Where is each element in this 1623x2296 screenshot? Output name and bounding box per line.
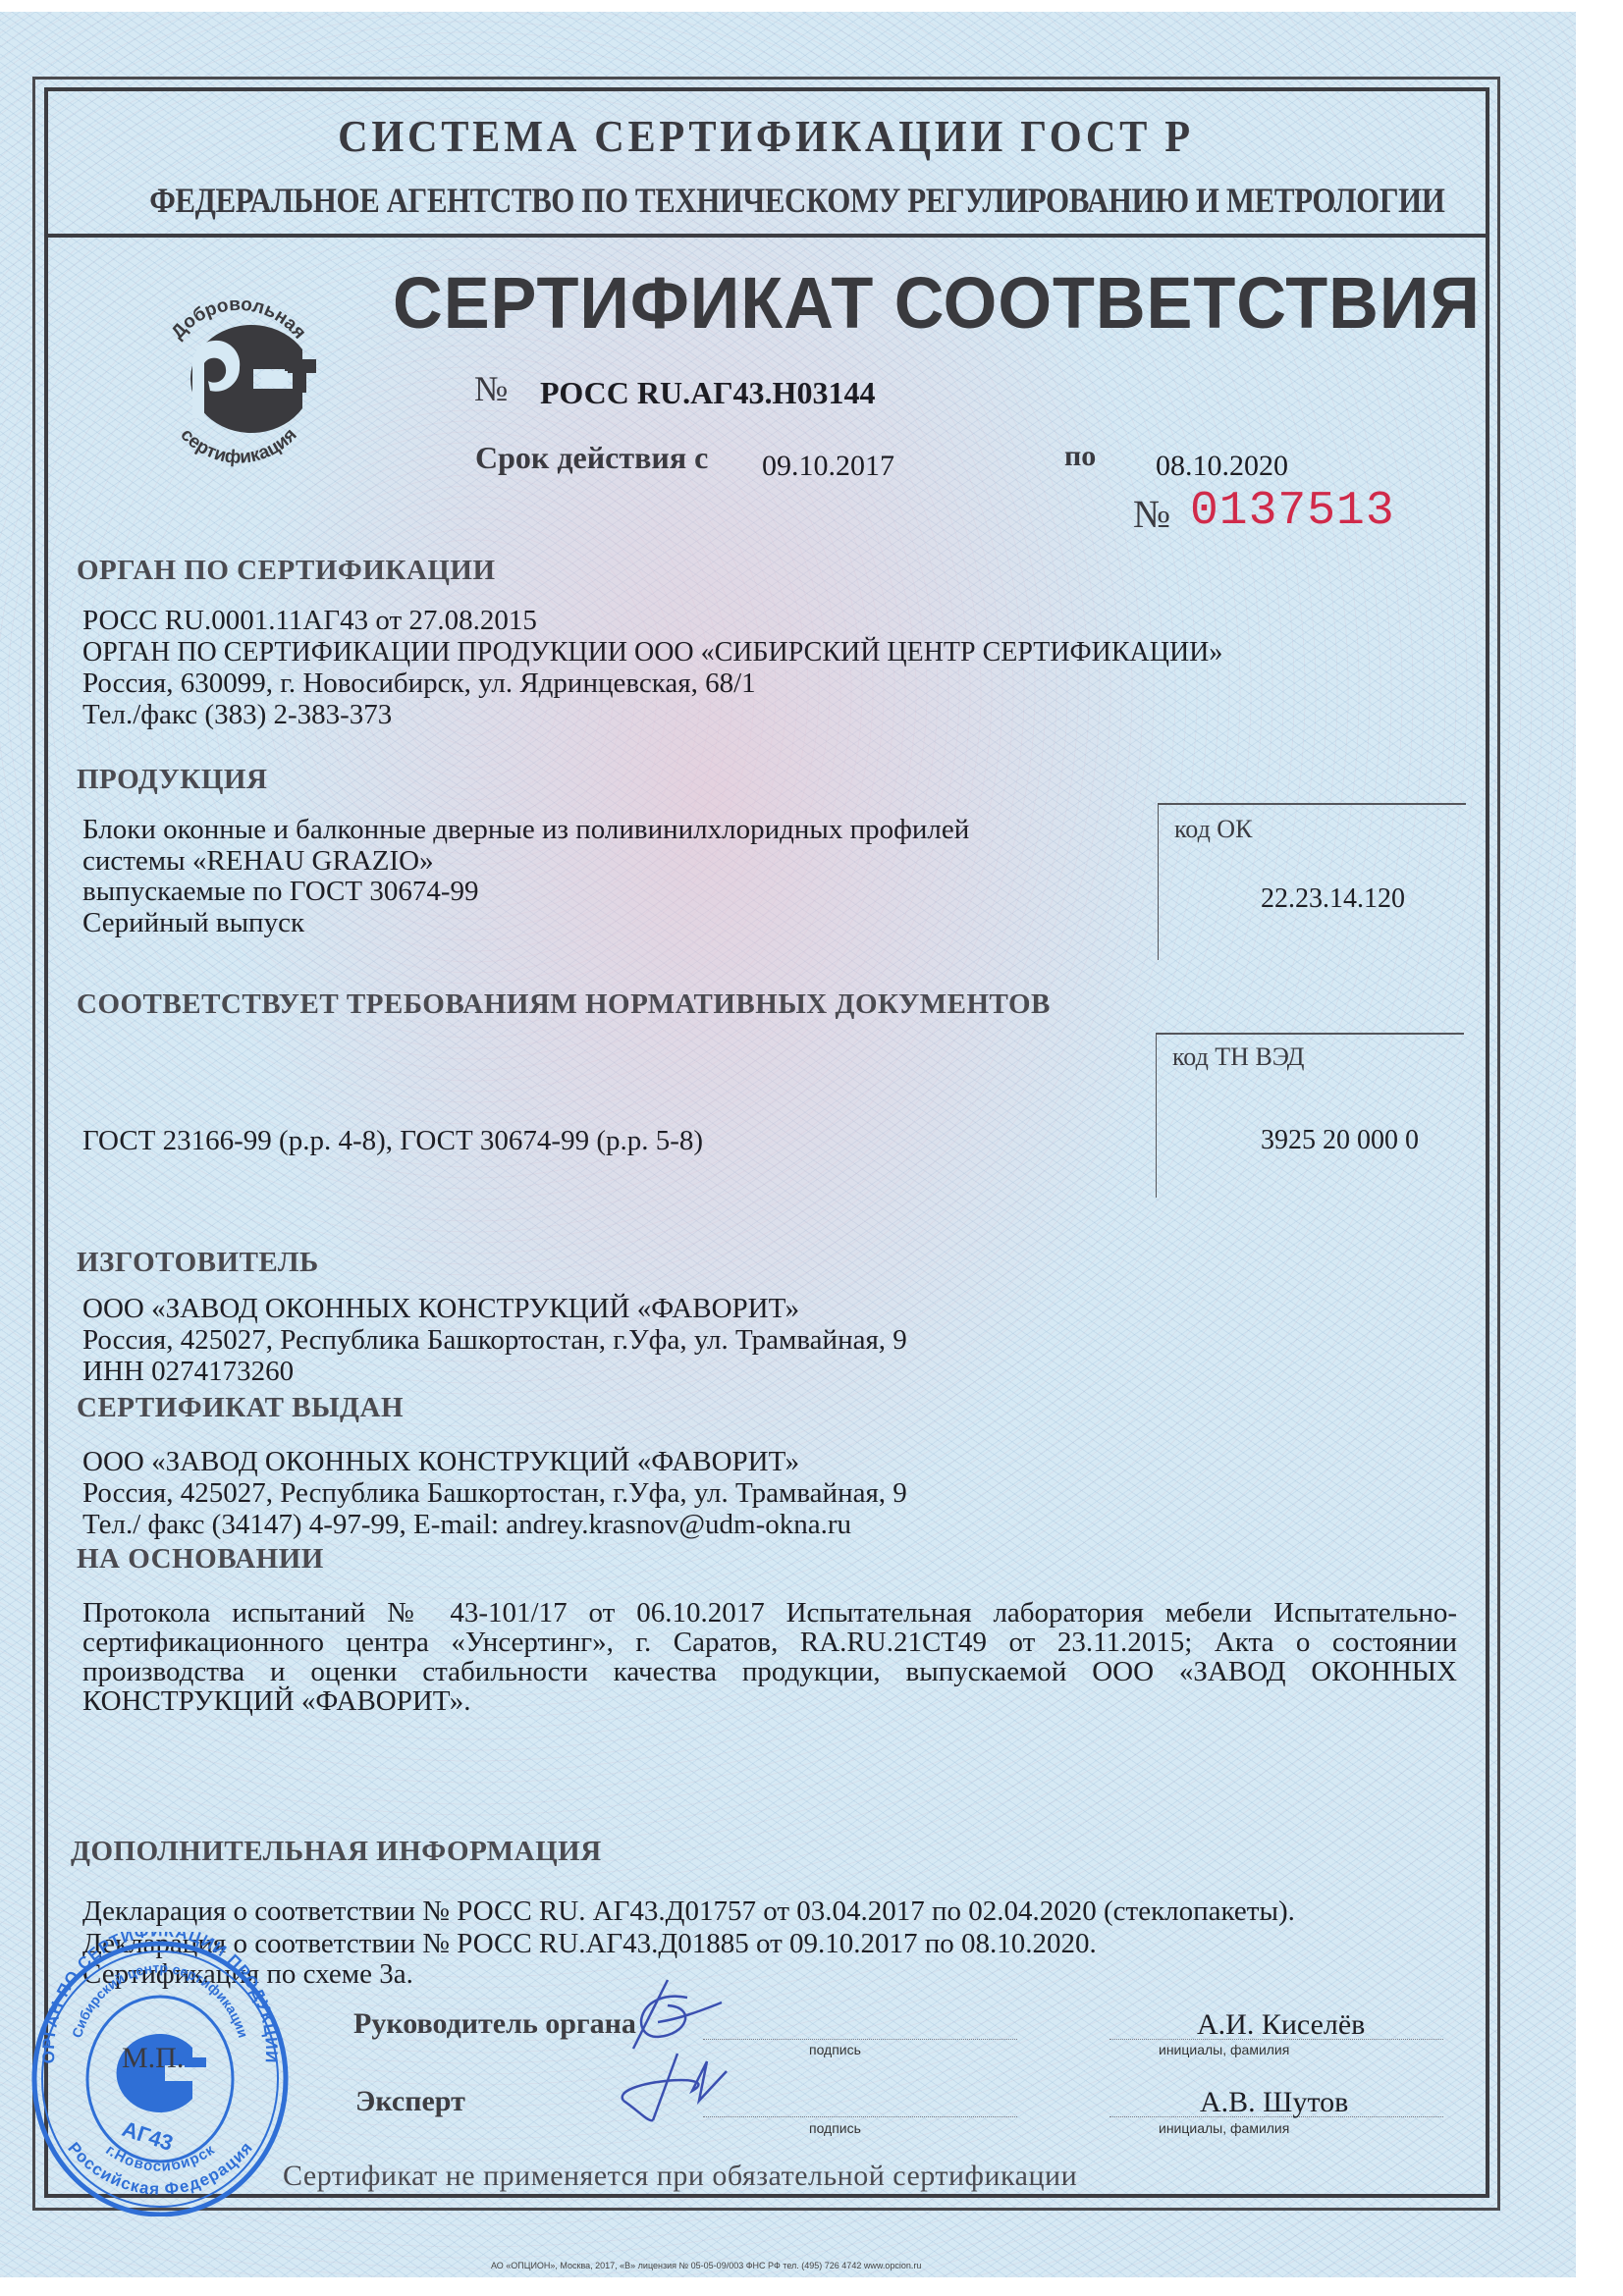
certificate-number-label: № xyxy=(474,368,508,409)
voluntary-certification-note: Сертификат не применяется при обязательн… xyxy=(283,2160,1077,2193)
additional-info-line: Декларация о соответствии № РОСС RU. АГ4… xyxy=(82,1896,1295,1926)
issued-to-line: ООО «ЗАВОД ОКОННЫХ КОНСТРУКЦИЙ «ФАВОРИТ» xyxy=(82,1447,799,1476)
basis-text: Протокола испытаний № 43-101/17 от 06.10… xyxy=(82,1598,1457,1716)
product-line: выпускаемые по ГОСТ 30674-99 xyxy=(82,877,479,906)
compliance-heading: СООТВЕТСТВУЕТ ТРЕБОВАНИЯМ НОРМАТИВНЫХ ДО… xyxy=(77,988,1051,1021)
valid-to-label: по xyxy=(1064,440,1096,473)
code-ok-value: 22.23.14.120 xyxy=(1261,883,1405,915)
validity-label: Срок действия с xyxy=(475,440,708,476)
serial-number-label: № xyxy=(1133,491,1170,537)
product-heading: ПРОДУКЦИЯ xyxy=(77,764,267,796)
product-line: Серийный выпуск xyxy=(82,908,304,937)
certification-body-line: Россия, 630099, г. Новосибирск, ул. Ядри… xyxy=(82,668,756,698)
head-name-caption: инициалы, фамилия xyxy=(1159,2042,1289,2057)
header-divider xyxy=(44,234,1489,238)
code-tnved-value: 3925 20 000 0 xyxy=(1261,1125,1419,1156)
code-tnved-label: код ТН ВЭД xyxy=(1172,1042,1305,1072)
valid-to-date: 08.10.2020 xyxy=(1156,450,1288,483)
expert-signature-icon xyxy=(530,2052,785,2125)
compliance-standards: ГОСТ 23166-99 (р.р. 4-8), ГОСТ 30674-99 … xyxy=(82,1126,703,1155)
additional-info-heading: ДОПОЛНИТЕЛЬНАЯ ИНФОРМАЦИЯ xyxy=(71,1836,602,1868)
serial-number: 0137513 xyxy=(1190,485,1395,538)
code-ok-label: код ОК xyxy=(1174,815,1252,844)
issued-to-line: Тел./ факс (34147) 4-97-99, E-mail: andr… xyxy=(82,1510,851,1539)
svg-text:АГ43: АГ43 xyxy=(119,2116,176,2156)
certification-body-line: Тел./факс (383) 2-383-373 xyxy=(82,700,392,729)
product-line: системы «REHAU GRAZIO» xyxy=(82,846,434,876)
manufacturer-line: ООО «ЗАВОД ОКОННЫХ КОНСТРУКЦИЙ «ФАВОРИТ» xyxy=(82,1294,799,1323)
issued-to-line: Россия, 425027, Республика Башкортостан,… xyxy=(82,1478,907,1508)
product-line: Блоки оконные и балконные дверные из пол… xyxy=(82,815,969,844)
code-tnved-box: код ТН ВЭД 3925 20 000 0 xyxy=(1156,1033,1464,1198)
manufacturer-heading: ИЗГОТОВИТЕЛЬ xyxy=(77,1247,319,1279)
certification-system-title: СИСТЕМА СЕРТИФИКАЦИИ ГОСТ Р xyxy=(61,110,1470,162)
certificate-number: РОСС RU.АГ43.Н03144 xyxy=(540,375,875,411)
basis-heading: НА ОСНОВАНИИ xyxy=(77,1543,324,1575)
head-signature-icon xyxy=(550,1978,746,2052)
agency-name: ФЕДЕРАЛЬНОЕ АГЕНТСТВО ПО ТЕХНИЧЕСКОМУ РЕ… xyxy=(149,180,1382,221)
head-signature-line xyxy=(703,2039,1017,2040)
manufacturer-line: ИНН 0274173260 xyxy=(82,1357,294,1386)
printer-imprint: АО «ОПЦИОН», Москва, 2017, «В» лицензия … xyxy=(491,2261,921,2270)
certification-body-line: РОСС RU.0001.11АГ43 от 27.08.2015 xyxy=(82,606,537,635)
expert-name: А.В. Шутов xyxy=(1200,2086,1348,2119)
head-signature-caption: подпись xyxy=(809,2042,861,2057)
expert-name-caption: инициалы, фамилия xyxy=(1159,2120,1289,2136)
code-ok-box: код ОК 22.23.14.120 xyxy=(1158,803,1466,960)
manufacturer-line: Россия, 425027, Республика Башкортостан,… xyxy=(82,1325,907,1355)
certification-body-line: ОРГАН ПО СЕРТИФИКАЦИИ ПРОДУКЦИИ ООО «СИБ… xyxy=(82,637,1222,667)
rst-voluntary-certification-logo-icon: Добровольная сертификация xyxy=(145,291,332,477)
expert-signature-caption: подпись xyxy=(809,2120,861,2136)
expert-label: Эксперт xyxy=(355,2085,465,2118)
head-name: А.И. Киселёв xyxy=(1197,2008,1365,2042)
document-title: СЕРТИФИКАТ СООТВЕТСТВИЯ xyxy=(393,261,1481,345)
certification-body-heading: ОРГАН ПО СЕРТИФИКАЦИИ xyxy=(77,555,496,587)
valid-from-date: 09.10.2017 xyxy=(762,450,894,483)
issued-to-heading: СЕРТИФИКАТ ВЫДАН xyxy=(77,1392,404,1424)
seal-placeholder-label: М.П. xyxy=(122,2042,184,2075)
